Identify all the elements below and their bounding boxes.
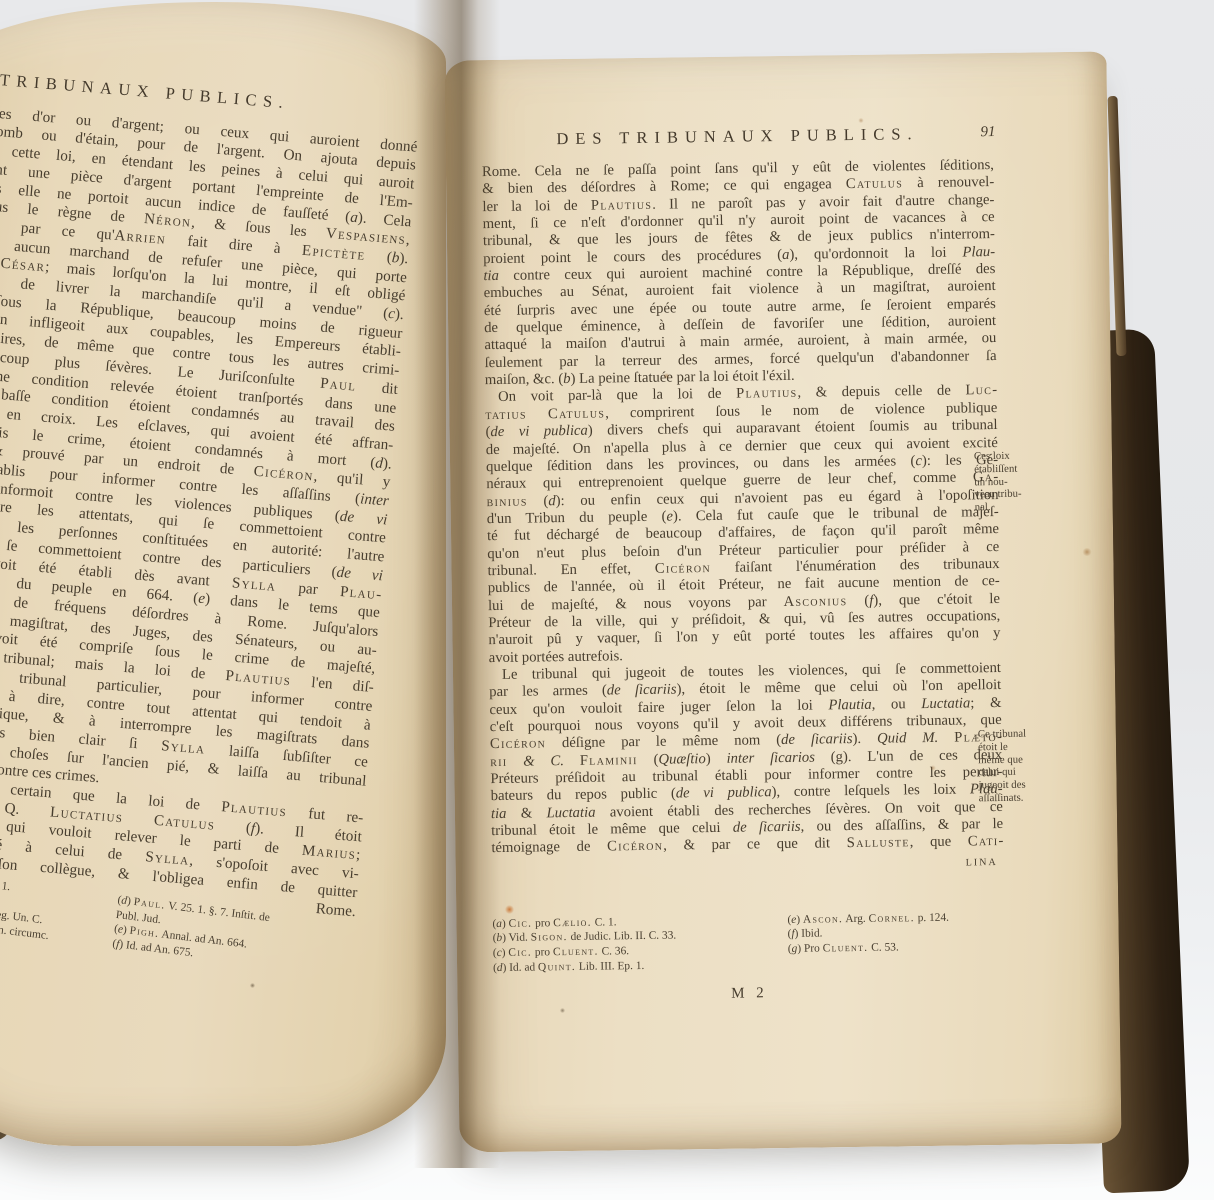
paragraph: On voit par-là que la loi de Plautius, &… [485,382,1001,667]
right-page-text-block: DES TRIBUNAUX PUBLICS. 91 Rome. Cela ne … [481,123,1005,1006]
right-footnotes-column-1: (a) Cic. pro Cælio. C. 1.(b) Vid. Sigon.… [492,913,778,975]
footnote-line: (g) Pro Cluent. C. 53. [788,939,1005,957]
margin-note-line: même que [978,753,1052,767]
page-number: 91 [980,124,995,141]
book-photo: { "scene": { "background_color": "#e8e9e… [0,0,1214,1200]
left-page-text-block: ES TRIBUNAUX PUBLICS. monnoies d'or ou d… [0,67,421,921]
margin-note-line: veau tribu- [974,488,1048,502]
paragraph: Le tribunal qui jugeoit de toutes les vi… [489,660,1004,858]
margin-note-line: nal. [975,500,1049,514]
margin-note: Ces loixétabliſſentun nou-veau tribu-nal… [974,449,1049,514]
margin-note-line: établiſſent [974,462,1048,476]
left-page-body: monnoies d'or ou d'argent; ou ceux qui a… [0,101,418,921]
margin-note-line: étoit le [978,740,1052,754]
right-page-body: Rome. Cela ne ſe paſſa point ſans qu'il … [482,157,1004,858]
left-page: ES TRIBUNAUX PUBLICS. monnoies d'or ou d… [0,2,446,1146]
margin-note-line: celui qui [978,766,1052,780]
margin-note-line: Ces loix [974,449,1048,463]
margin-note-line: aſſaſſinats. [979,791,1053,805]
margin-note-line: jugeoit des [978,778,1052,792]
margin-note: Ce tribunalétoit lemême quecelui quijuge… [978,727,1053,805]
right-footnotes-column-2: (e) Ascon. Arg. Cornel. p. 124.(f) Ibid.… [787,910,1005,971]
margin-note-line: un nou- [974,475,1048,489]
right-page-header-row: DES TRIBUNAUX PUBLICS. 91 [481,123,993,156]
right-page: DES TRIBUNAUX PUBLICS. 91 Rome. Cela ne … [444,51,1121,1152]
right-page-footnotes: (a) Cic. pro Cælio. C. 1.(b) Vid. Sigon.… [492,910,1005,976]
book-leaf-edge-right-upper [1107,96,1126,356]
margin-note-line: Ce tribunal [978,727,1052,741]
right-page-running-header: DES TRIBUNAUX PUBLICS. [481,123,993,150]
signature-mark: M 2 [493,982,1005,1006]
paragraph: Rome. Cela ne ſe paſſa point ſans qu'il … [482,157,997,390]
